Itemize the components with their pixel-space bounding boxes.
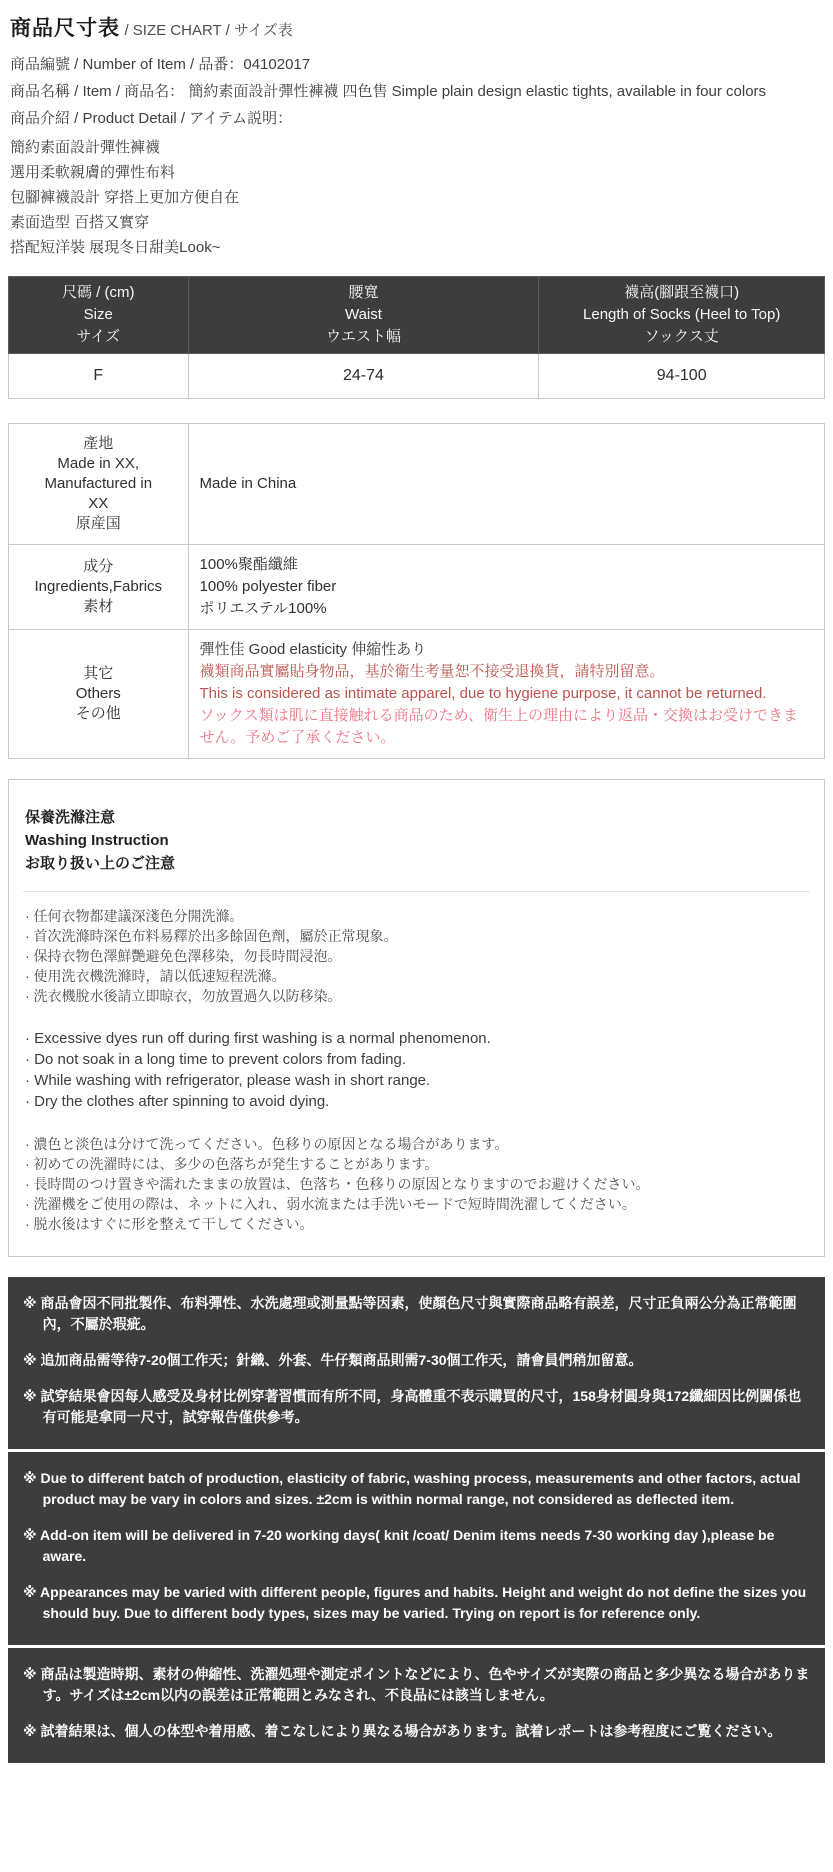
label-line: Ingredients,Fabrics [15, 577, 182, 597]
fabric-row: 成分 Ingredients,Fabrics 素材 100%聚酯纖維 100% … [9, 545, 825, 630]
notice-block-zh: ※ 商品會因不同批製作、布料彈性、水洗處理或測量點等因素，使顏色尺寸與實際商品略… [8, 1277, 825, 1449]
origin-value: Made in China [188, 424, 824, 545]
fabric-value-line: ポリエステル100% [200, 598, 813, 620]
size-table-data-row: F 24-74 94-100 [9, 354, 825, 399]
washing-bullet: · 首次洗滌時深色布料易釋於出多餘固色劑，屬於正常現象。 [25, 926, 810, 946]
product-detail-line: 簡約素面設計彈性褲襪 [10, 135, 825, 160]
product-detail-label: 商品介紹 / Product Detail / アイテム説明： [10, 108, 825, 129]
label-line: 原産国 [15, 514, 182, 534]
washing-bullet: · 洗濯機をご使用の際は、ネットに入れ、弱水流または手洗いモードで短時間洗濯して… [25, 1194, 810, 1214]
page-title-zh: 商品尺寸表 [10, 17, 120, 40]
item-number-line: 商品編號 / Number of Item / 品番：04102017 [10, 54, 825, 75]
size-value-cell: F [9, 354, 189, 399]
page-title-suffix: / SIZE CHART / サイズ表 [124, 22, 292, 39]
washing-bullet: · 濃色と淡色は分けて洗ってください。色移りの原因となる場合があります。 [25, 1134, 810, 1154]
others-value: 彈性佳 Good elasticity 伸縮性あり 襪類商品實屬貼身物品，基於衛… [188, 630, 824, 759]
page-title: 商品尺寸表 / SIZE CHART / サイズ表 [10, 12, 825, 42]
header-line: ソックス丈 [543, 326, 820, 348]
label-line: 素材 [15, 597, 182, 617]
origin-row: 產地 Made in XX, Manufactured in XX 原産国 Ma… [9, 424, 825, 545]
label-line: 其它 [15, 664, 182, 684]
others-label: 其它 Others その他 [9, 630, 189, 759]
product-info-table: 產地 Made in XX, Manufactured in XX 原産国 Ma… [8, 423, 825, 759]
sock-length-value-cell: 94-100 [539, 354, 825, 399]
size-table-header-row: 尺碼 / (cm) Size サイズ 腰寬 Waist ウエスト幅 襪高(腳跟至… [9, 277, 825, 354]
fabric-value-line: 100% polyester fiber [200, 576, 813, 598]
fabric-value: 100%聚酯纖維 100% polyester fiber ポリエステル100% [188, 545, 824, 630]
product-detail-line: 選用柔軟親膚的彈性布料 [10, 160, 825, 185]
washing-title-jp: お取り扱い上のご注意 [25, 852, 810, 875]
size-table-header-sock-length: 襪高(腳跟至襪口) Length of Socks (Heel to Top) … [539, 277, 825, 354]
label-line: 產地 [15, 434, 182, 454]
fabric-value-line: 100%聚酯纖維 [200, 554, 813, 576]
notice-item: ※ Add-on item will be delivered in 7-20 … [23, 1525, 810, 1567]
washing-bullets-jp: · 濃色と淡色は分けて洗ってください。色移りの原因となる場合があります。 · 初… [25, 1134, 810, 1234]
header-line: Waist [193, 304, 535, 326]
size-table-header-waist: 腰寬 Waist ウエスト幅 [188, 277, 539, 354]
washing-bullet: · 初めての洗濯時には、多少の色落ちが発生することがあります。 [25, 1154, 810, 1174]
product-detail-line: 搭配短洋裝 展現冬日甜美Look~ [10, 235, 825, 260]
label-line: Others [15, 684, 182, 704]
product-detail-line: 素面造型 百搭又實穿 [10, 210, 825, 235]
label-line: その他 [15, 704, 182, 724]
item-name-line: 商品名稱 / Item / 商品名： 簡約素面設計彈性褲襪 四色售 Simple… [10, 81, 825, 102]
header-line: サイズ [13, 326, 184, 348]
others-row: 其它 Others その他 彈性佳 Good elasticity 伸縮性あり … [9, 630, 825, 759]
washing-title: 保養洗滌注意 Washing Instruction お取り扱い上のご注意 [23, 794, 810, 892]
notice-block-jp: ※ 商品は製造時期、素材の伸縮性、洗濯処理や測定ポイントなどにより、色やサイズが… [8, 1648, 825, 1763]
washing-bullets-zh: · 任何衣物都建議深淺色分開洗滌。 · 首次洗滌時深色布料易釋於出多餘固色劑，屬… [25, 906, 810, 1006]
notice-item: ※ 商品は製造時期、素材の伸縮性、洗濯処理や測定ポイントなどにより、色やサイズが… [23, 1664, 810, 1706]
header-line: 襪高(腳跟至襪口) [543, 282, 820, 304]
washing-bullet: · Excessive dyes run off during first wa… [25, 1028, 810, 1049]
size-chart-table: 尺碼 / (cm) Size サイズ 腰寬 Waist ウエスト幅 襪高(腳跟至… [8, 276, 825, 399]
others-return-policy-en: This is considered as intimate apparel, … [200, 683, 813, 705]
header-line: ウエスト幅 [193, 326, 535, 348]
label-line: Made in XX, [15, 454, 182, 474]
washing-bullet: · 長時間のつけ置きや濡れたままの放置は、色落ち・色移りの原因となりますのでお避… [25, 1174, 810, 1194]
notice-item: ※ 試穿結果會因每人感受及身材比例穿著習慣而有所不同，身高體重不表示購買的尺寸，… [23, 1386, 810, 1428]
header-line: Size [13, 304, 184, 326]
washing-bullet: · Dry the clothes after spinning to avoi… [25, 1091, 810, 1112]
header-line: Length of Socks (Heel to Top) [543, 304, 820, 326]
notice-item: ※ Due to different batch of production, … [23, 1468, 810, 1510]
notice-item: ※ Appearances may be varied with differe… [23, 1582, 810, 1624]
label-line: XX [15, 494, 182, 514]
washing-title-zh: 保養洗滌注意 [25, 806, 810, 829]
notice-item: ※ 追加商品需等待7-20個工作天；針織、外套、牛仔類商品則需7-30個工作天，… [23, 1350, 810, 1371]
notice-block-en: ※ Due to different batch of production, … [8, 1452, 825, 1645]
size-table-header-size: 尺碼 / (cm) Size サイズ [9, 277, 189, 354]
label-line: Manufactured in [15, 474, 182, 494]
washing-bullet: · 任何衣物都建議深淺色分開洗滌。 [25, 906, 810, 926]
waist-value-cell: 24-74 [188, 354, 539, 399]
washing-bullet: · 脱水後はすぐに形を整えて干してください。 [25, 1214, 810, 1234]
fabric-label: 成分 Ingredients,Fabrics 素材 [9, 545, 189, 630]
washing-bullet: · 使用洗衣機洗滌時，請以低速短程洗滌。 [25, 966, 810, 986]
washing-title-en: Washing Instruction [25, 829, 810, 852]
notice-item: ※ 試着結果は、個人の体型や着用感、着こなしにより異なる場合があります。試着レポ… [23, 1721, 810, 1742]
others-return-policy-zh: 襪類商品實屬貼身物品，基於衛生考量恕不接受退換貨，請特別留意。 [200, 661, 813, 683]
product-detail-line: 包腳褲襪設計 穿搭上更加方便自在 [10, 185, 825, 210]
origin-label: 產地 Made in XX, Manufactured in XX 原産国 [9, 424, 189, 545]
header-line: 尺碼 / (cm) [13, 282, 184, 304]
size-chart-page: 商品尺寸表 / SIZE CHART / サイズ表 商品編號 / Number … [0, 0, 833, 1872]
washing-instruction-box: 保養洗滌注意 Washing Instruction お取り扱い上のご注意 · … [8, 779, 825, 1257]
label-line: 成分 [15, 557, 182, 577]
washing-bullet: · 洗衣機脫水後請立即晾衣，勿放置過久以防移染。 [25, 986, 810, 1006]
others-return-policy-jp: ソックス類は肌に直接触れる商品のため、衛生上の理由により返品・交換はお受けできま… [200, 705, 813, 749]
washing-bullets-en: · Excessive dyes run off during first wa… [25, 1028, 810, 1112]
others-elasticity-line: 彈性佳 Good elasticity 伸縮性あり [200, 639, 813, 661]
washing-bullet: · Do not soak in a long time to prevent … [25, 1049, 810, 1070]
washing-bullet: · While washing with refrigerator, pleas… [25, 1070, 810, 1091]
header-line: 腰寬 [193, 282, 535, 304]
notice-item: ※ 商品會因不同批製作、布料彈性、水洗處理或測量點等因素，使顏色尺寸與實際商品略… [23, 1293, 810, 1335]
washing-bullet: · 保持衣物色澤鮮艷避免色澤移染，勿長時間浸泡。 [25, 946, 810, 966]
